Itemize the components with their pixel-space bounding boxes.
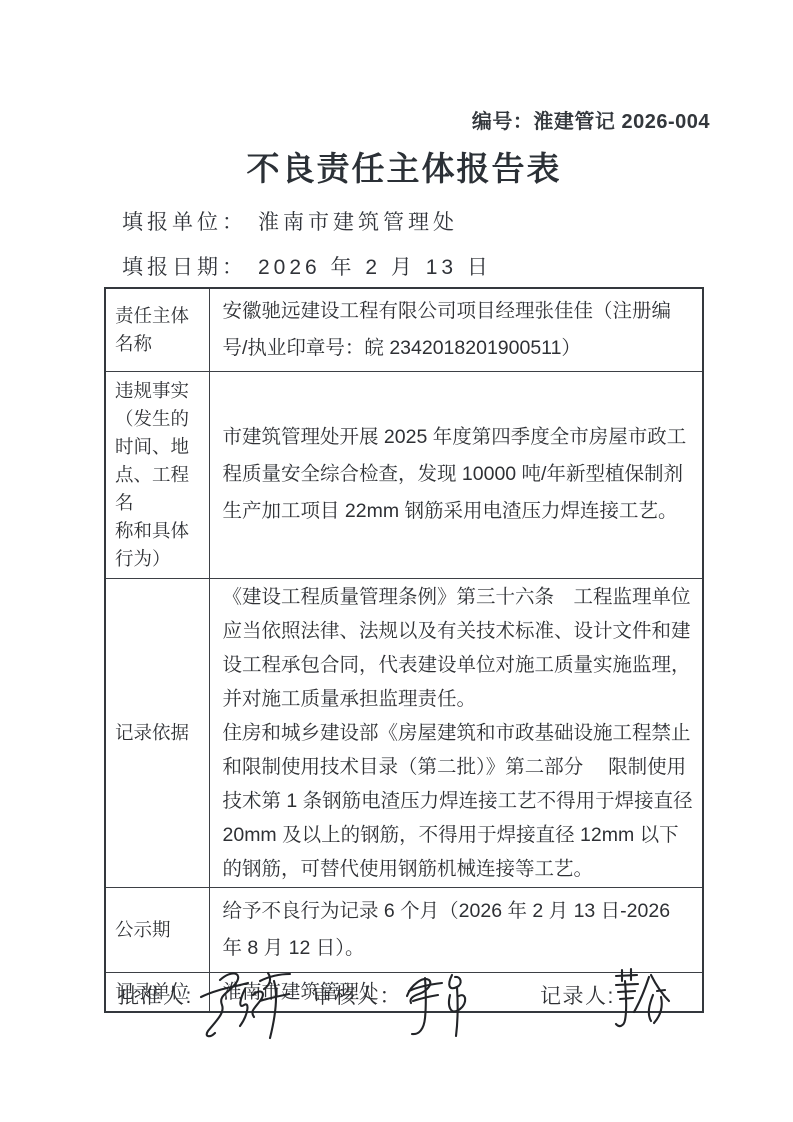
- report-date-label: 填报日期：: [122, 256, 247, 279]
- approver-label: 批准人:: [118, 978, 193, 1010]
- report-date-line: 填报日期：2026 年 2 月 13 日: [122, 251, 492, 281]
- report-table: 责任主体 名称 安徽驰远建设工程有限公司项目经理张佳佳（注册编号/执业印章号：皖…: [104, 287, 704, 1013]
- approver-signature-handwriting: [190, 966, 295, 1046]
- reviewer-label: 审核人：: [312, 978, 402, 1010]
- record-basis-paragraph-1: 《建设工程质量管理条例》第三十六条 工程监理单位应当依照法律、法规以及有关技术标…: [223, 580, 694, 716]
- table-row-responsible-subject: 责任主体 名称 安徽驰远建设工程有限公司项目经理张佳佳（注册编号/执业印章号：皖…: [105, 288, 703, 371]
- row-label-record-basis: 记录依据: [105, 578, 209, 887]
- reviewer-signature-group: 审核人：: [312, 978, 481, 1042]
- page-title: 不良责任主体报告表: [104, 143, 704, 190]
- recorder-label: 记录人:: [540, 978, 615, 1010]
- row-value-responsible-subject: 安徽驰远建设工程有限公司项目经理张佳佳（注册编号/执业印章号：皖 2342018…: [209, 288, 703, 371]
- table-row-record-basis: 记录依据 《建设工程质量管理条例》第三十六条 工程监理单位应当依照法律、法规以及…: [105, 578, 703, 887]
- signature-row: 批准人: 审核人：: [104, 968, 744, 1060]
- reviewer-signature-handwriting: [399, 966, 481, 1042]
- approver-signature-group: 批准人:: [118, 978, 295, 1046]
- report-unit-line: 填报单位：淮南市建筑管理处: [122, 206, 458, 236]
- report-unit-value: 淮南市建筑管理处: [258, 211, 458, 234]
- report-unit-label: 填报单位：: [122, 211, 247, 234]
- row-label-publicity-period: 公示期: [105, 887, 209, 972]
- row-label-responsible-subject: 责任主体 名称: [105, 288, 209, 371]
- row-label-violation-facts: 违规事实 （发生的 时间、地 点、工程名 称和具体 行为）: [105, 371, 209, 578]
- record-basis-paragraph-2: 住房和城乡建设部《房屋建筑和市政基础设施工程禁止和限制使用技术目录（第二批）》第…: [223, 716, 694, 886]
- row-value-publicity-period: 给予不良行为记录 6 个月（2026 年 2 月 13 日-2026 年 8 月…: [209, 887, 703, 972]
- table-row-violation-facts: 违规事实 （发生的 时间、地 点、工程名 称和具体 行为） 市建筑管理处开展 2…: [105, 371, 703, 578]
- recorder-signature-handwriting: [612, 966, 672, 1032]
- table-row-publicity-period: 公示期 给予不良行为记录 6 个月（2026 年 2 月 13 日-2026 年…: [105, 887, 703, 972]
- recorder-signature-group: 记录人:: [540, 978, 672, 1032]
- row-value-violation-facts: 市建筑管理处开展 2025 年度第四季度全市房屋市政工程质量安全综合检查，发现 …: [209, 371, 703, 578]
- document-page: 编号：淮建管记 2026-004 不良责任主体报告表 填报单位：淮南市建筑管理处…: [0, 0, 793, 1122]
- row-value-record-basis: 《建设工程质量管理条例》第三十六条 工程监理单位应当依照法律、法规以及有关技术标…: [209, 578, 703, 887]
- doc-number: 编号：淮建管记 2026-004: [104, 105, 710, 134]
- report-date-value: 2026 年 2 月 13 日: [258, 256, 492, 279]
